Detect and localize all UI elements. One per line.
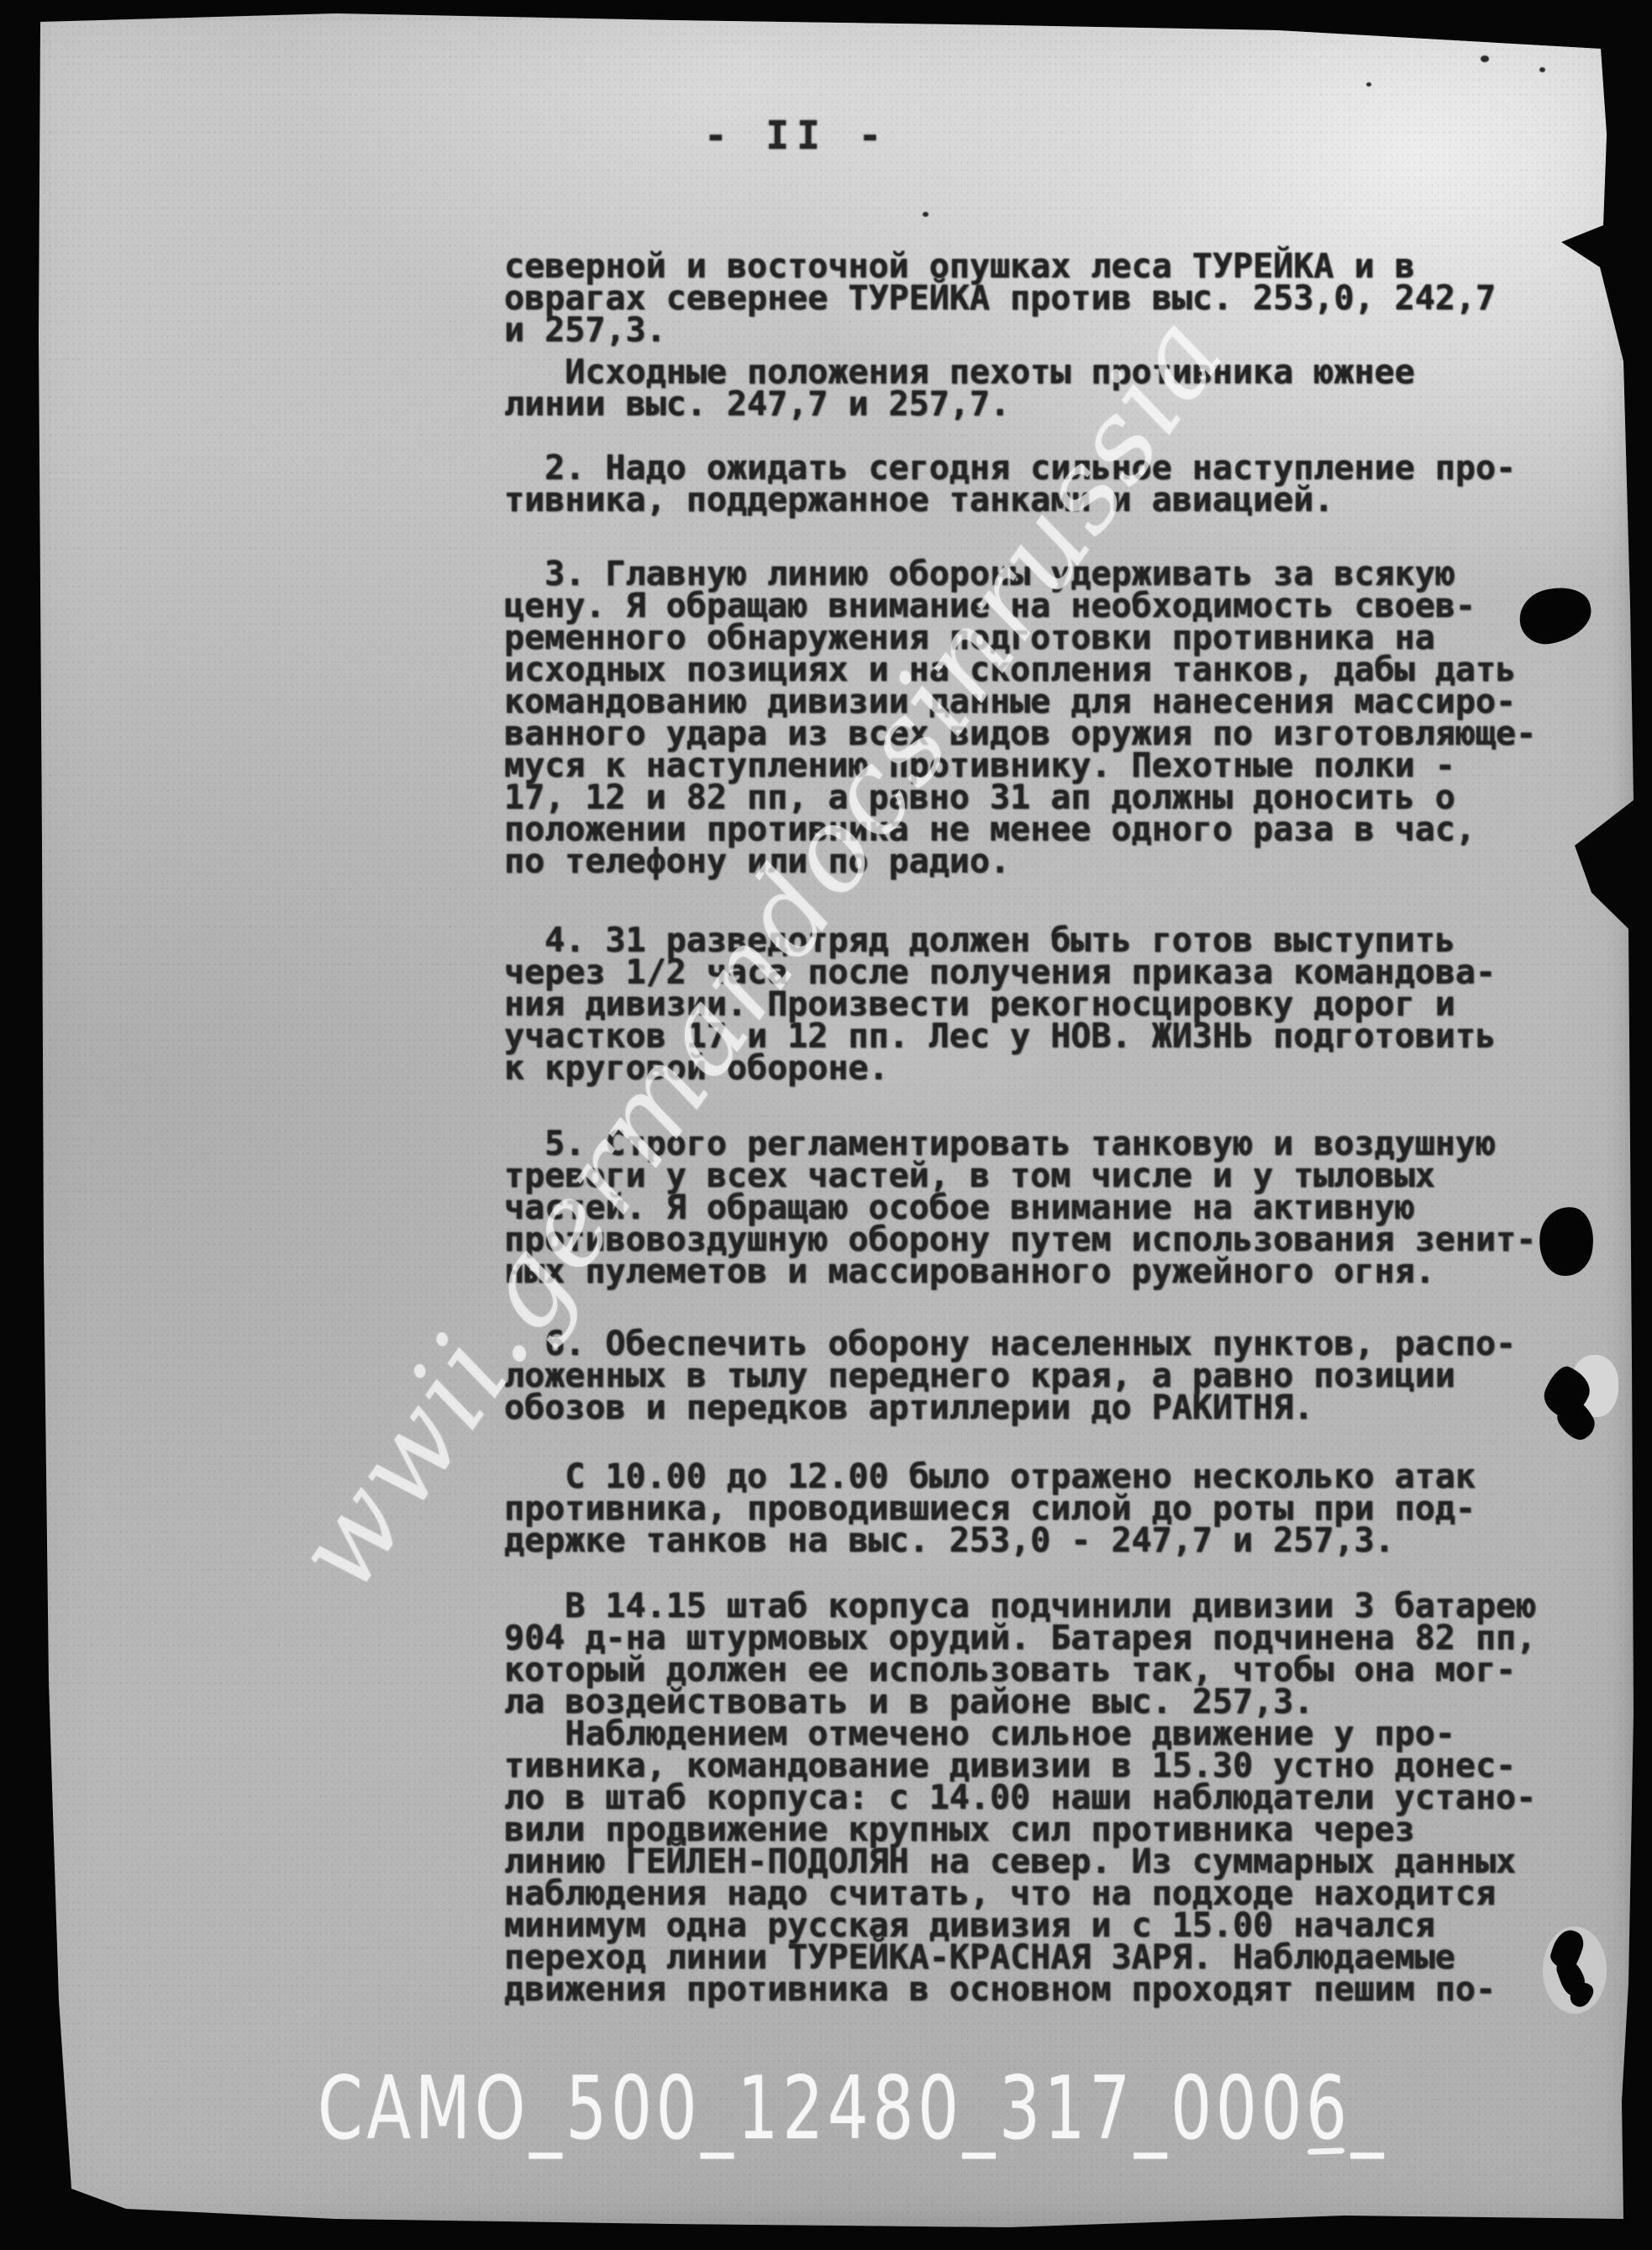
typewritten-line: противника, проводившиеся силой до роты …	[504, 1493, 1622, 1525]
typewritten-line: минимум одна русская дивизия и с 15.00 н…	[504, 1910, 1622, 1942]
document-page: - II - северной и восточной опушках леса…	[0, 0, 1652, 2250]
paragraph-item-6: 6. Обеспечить оборону населенных пунктов…	[504, 1328, 1622, 1424]
typewritten-line: ла воздействовать и в районе выс. 257,3.	[504, 1686, 1622, 1718]
typewritten-line: Наблюдением отмечено сильное движение у …	[504, 1718, 1622, 1750]
typewritten-line: и 257,3.	[504, 314, 1622, 346]
typewritten-line: 904 д-на штурмовых орудий. Батарея подчи…	[504, 1622, 1622, 1654]
typewritten-line: ложенных в тылу переднего края, а равно …	[504, 1360, 1622, 1392]
ink-speck	[1539, 67, 1545, 72]
typewritten-line: противовоздушную оборону путем использов…	[504, 1224, 1622, 1256]
ink-speck	[923, 212, 929, 217]
typewritten-line: В 14.15 штаб корпуса подчинили дивизии 3…	[504, 1590, 1622, 1622]
scanned-document-background: - II - северной и восточной опушках леса…	[0, 0, 1652, 2250]
typewritten-line: 6. Обеспечить оборону населенных пунктов…	[504, 1328, 1622, 1360]
typewritten-line: ло в штаб корпуса: с 14.00 наши наблюдат…	[504, 1782, 1622, 1814]
typewritten-line: оврагах севернее ТУРЕЙКА против выс. 253…	[504, 282, 1622, 314]
typewritten-line: вили продвижение крупных сил противника …	[504, 1814, 1622, 1846]
archive-code-label: САМО_500_12480_317_0006_	[318, 2058, 1387, 2159]
typewritten-line: обозов и передков артиллерии до РАКИТНЯ.	[504, 1392, 1622, 1424]
ink-speck	[1366, 82, 1371, 87]
paragraph-repelled-attacks: С 10.00 до 12.00 было отражено несколько…	[504, 1461, 1622, 1557]
ink-speck	[1481, 55, 1489, 62]
typewritten-line: переход линии ТУРЕЙКА-КРАСНАЯ ЗАРЯ. Набл…	[504, 1942, 1622, 1973]
typewritten-line: тивника, командование дивизии в 15.30 ус…	[504, 1750, 1622, 1782]
paragraph-battery-subordination: В 14.15 штаб корпуса подчинили дивизии 3…	[504, 1590, 1622, 1718]
typewritten-line: командованию дивизии данные для нанесени…	[504, 686, 1622, 718]
typewritten-line: 4. 31 разведотряд должен быть готов выст…	[504, 925, 1622, 956]
typewritten-line: движения противника в основном проходят …	[504, 1973, 1622, 2005]
typewritten-line: который должен ее использовать так, чтоб…	[504, 1654, 1622, 1686]
typewritten-line: держке танков на выс. 253,0 - 247,7 и 25…	[504, 1525, 1622, 1557]
typewritten-line: С 10.00 до 12.00 было отражено несколько…	[504, 1461, 1622, 1493]
paragraph-continuation: северной и восточной опушках леса ТУРЕЙК…	[504, 250, 1622, 346]
page-number: - II -	[704, 113, 889, 158]
typewritten-line: линию ГЕЙЛЕН-ПОДОЛЯН на север. Из суммар…	[504, 1846, 1622, 1878]
typewritten-line: положении противника не менее одного раз…	[504, 814, 1622, 846]
typewritten-line: частей. Я обращаю особое внимание на акт…	[504, 1192, 1622, 1224]
typewritten-line: исходных позициях и на скопления танков,…	[504, 654, 1622, 686]
paragraph-observations: Наблюдением отмечено сильное движение у …	[504, 1718, 1622, 2005]
typewritten-line: 17, 12 и 82 пп, а равно 31 ап должны дон…	[504, 782, 1622, 814]
typewritten-line: по телефону или по радио.	[504, 846, 1622, 877]
typewritten-line: наблюдения надо считать, что на подходе …	[504, 1878, 1622, 1910]
typewritten-line: северной и восточной опушках леса ТУРЕЙК…	[504, 250, 1622, 282]
typewritten-line: ных пулеметов и массированного ружейного…	[504, 1256, 1622, 1288]
typewritten-line: ванного удара из всех видов оружия по из…	[504, 718, 1622, 750]
typewritten-line: муся к наступлению противнику. Пехотные …	[504, 750, 1622, 782]
typewritten-line: Исходные положения пехоты противника южн…	[504, 356, 1622, 388]
